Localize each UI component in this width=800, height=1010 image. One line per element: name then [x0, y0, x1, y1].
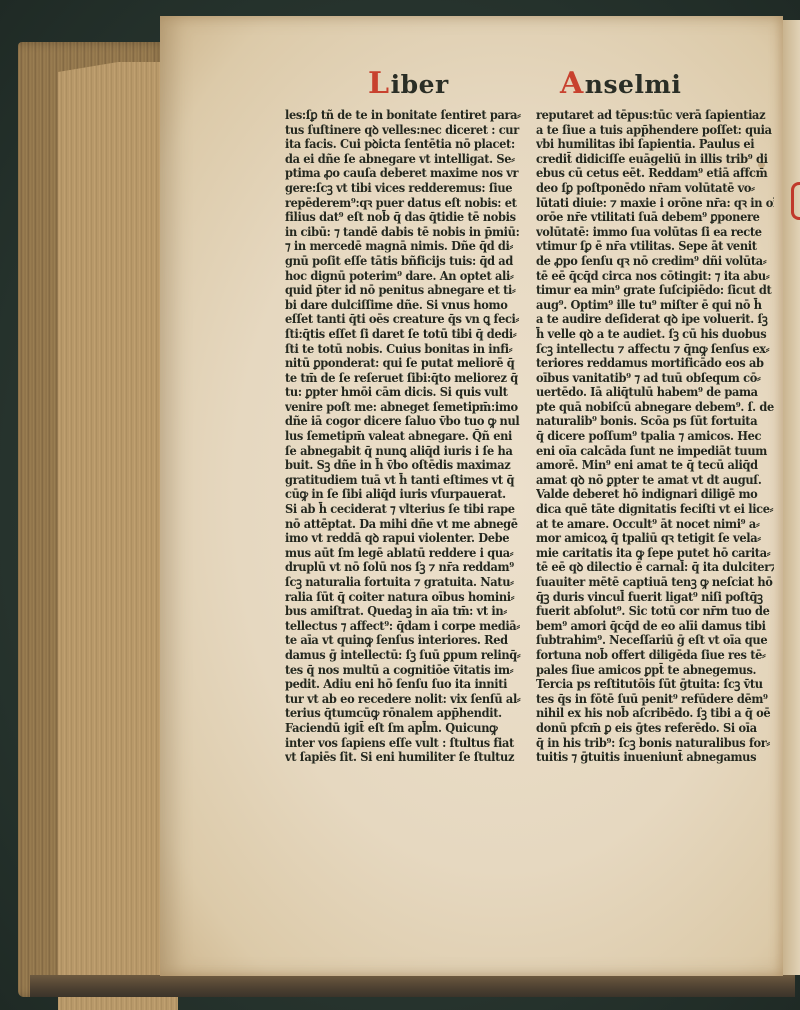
text-line: quid p̄ter id nō penitus abnegare et ti⸗ — [285, 283, 523, 298]
text-line: tu: ꝑpter hmōi cām dicis. Si quis vult — [285, 385, 523, 400]
text-line: reputaret ad tēpus:tūc verā ſapientiaz — [536, 108, 774, 123]
text-line: ita facis. Cui pꝺicta ſentētia nō placet… — [285, 137, 523, 152]
text-line: eni oīa calcāda ſunt ne impediāt tuum — [536, 443, 774, 458]
text-line: bus amiſtrat. Quedaꝫ in aīa tm̄: vt in⸗ — [285, 604, 523, 619]
text-line: gratitudiem tuā vt h̄ tanti eſtimes vt q… — [285, 472, 523, 487]
text-line: q̄ꝫ duris vincul̄ fuerit ligat⁹ niſi poſ… — [536, 589, 774, 604]
text-line: da ei dñe ſe abnegare vt intelligat. Se⸗ — [285, 151, 523, 166]
text-line: ſti:q̄tis eſſet ſi daret ſe totū tibi q̄… — [285, 327, 523, 342]
text-line: bem⁹ amori q̄cq̄d de eo alīi damus tibi — [536, 618, 774, 633]
text-line: ſuauiter mētē captiuā tenꝫ ꝙ neſciat hō — [536, 575, 774, 590]
text-line: vbi humilitas ibi ſapientia. Paulus ei — [536, 137, 774, 152]
book-bottom-edge — [30, 975, 795, 997]
text-line: nihil ex his nob̄ aſcribēdo. ſꝫ tibi a q… — [536, 706, 774, 721]
text-line: ⁊ in mercedē magnā nimis. Dñe q̄d di⸗ — [285, 239, 523, 254]
text-line: h̄ velle qꝺ a te audiet. ſꝫ cū his duobu… — [536, 327, 774, 342]
text-line: in cibū: ⁊ tandē dabis tē nobis in p̄miū… — [285, 224, 523, 239]
text-line: hoc dignū poterim⁹ dare. An optet ali⸗ — [285, 268, 523, 283]
text-line: q̄ dicere poſſum⁹ tpalia ⁊ amicos. Hec — [536, 429, 774, 444]
text-line: nitū ꝑponderat: qui ſe putat meliorē q̄ — [285, 356, 523, 371]
text-line: at te amare. Occult⁹ āt nocet nimi⁹ a⸗ — [536, 516, 774, 531]
text-line: ſe abnegabit q̄ nunꝗ aliq̄d iuris i ſe h… — [285, 443, 523, 458]
text-line: nō attēptat. Da mihi dñe vt me abnegē — [285, 516, 523, 531]
text-line: pedit. Adiu eni hō ſenſu ſuo ita inniti — [285, 677, 523, 692]
running-head-left: Liber — [368, 66, 449, 102]
text-line: bi dare dulciſſime dñe. Si vnus homo — [285, 297, 523, 312]
text-line: volūtatē: immo ſua volūtas ſi ea recte — [536, 224, 774, 239]
rubric-mark — [791, 182, 800, 220]
text-line: gnū poſit eſſe tātis bñficijs tuis: q̄d … — [285, 254, 523, 269]
text-line: lus ſemetipm̄ valeat abnegare. Q̄ñ eni — [285, 429, 523, 444]
text-line: vt ſapiēs ſit. Si eni humiliter ſe ſtult… — [285, 750, 523, 765]
text-line: tes q̄s in fōtē ſuū penit⁹ refūdere dēm⁹ — [536, 691, 774, 706]
text-line: ebus cū cetus eēt. Reddam⁹ etiā affcm̄ — [536, 166, 774, 181]
text-line: ſcꝫ intellectu ⁊ affectu ⁊ q̄nꝙ ſenſus e… — [536, 341, 774, 356]
text-line: amat qꝺ nō ꝑpter te amat vt dt auguſ. — [536, 472, 774, 487]
text-line: damus ḡ intellectū: ſꝫ ſuū ꝑpum relinq̄⸗ — [285, 648, 523, 663]
text-line: terius q̄tumcūꝙ rōnalem app̄hendit. — [285, 706, 523, 721]
text-line: repēderem⁹:qꝛ puer datus eſt nobis: et — [285, 195, 523, 210]
text-line: tes q̄ nos multū a cognitiōe v̄itatis im… — [285, 662, 523, 677]
running-head-right: Anselmi — [560, 66, 681, 102]
text-line: tus ſuſtinere qꝺ velles:nec diceret : cu… — [285, 122, 523, 137]
text-line: a te audire deſiderat qꝺ ipe voluerit. ſ… — [536, 312, 774, 327]
rubricated-initial: A — [560, 66, 584, 101]
text-line: vtimur ſꝑ ē nr̄a vtilitas. Sepe āt venit — [536, 239, 774, 254]
text-line: Faciendū igit̄ eſt ſm apl̄m. Quicunꝙ — [285, 721, 523, 736]
text-line: deo ſꝑ poſtponēdo nr̄am volūtatē vo⸗ — [536, 181, 774, 196]
text-line: tur vt ab eo recedere nolit: vix ſenſū a… — [285, 691, 523, 706]
text-line: imo vt reddā qꝺ rapui violenter. Debe — [285, 531, 523, 546]
text-line: amorē. Min⁹ eni amat te q̄ tecū aliq̄d — [536, 458, 774, 473]
running-head-text: iber — [391, 70, 449, 99]
text-line: druplū vt nō ſolū nos ſꝫ ⁊ nr̄a reddam⁹ — [285, 560, 523, 575]
text-line: gere:ſcꝫ vt tibi vices redderemus: ſiue — [285, 181, 523, 196]
facing-page-edge — [783, 20, 800, 975]
text-line: tē eē q̄cq̄d circa nos cōtingit: ⁊ ita a… — [536, 268, 774, 283]
text-line: naturalib⁹ bonis. Scōa ps ſūt fortuita — [536, 414, 774, 429]
text-line: inter vos ſapiens eſſe vult : ſtultus fi… — [285, 735, 523, 750]
text-line: ptima ꝓo cauſa deberet maxime nos vr — [285, 166, 523, 181]
text-line: te tm̄ de ſe reſeruet ſibi:q̄to meliorez… — [285, 370, 523, 385]
text-column-right: reputaret ad tēpus:tūc verā ſapientiaza … — [536, 108, 774, 765]
text-line: pte quā nobiſcū abnegare debem⁹. ſ. de — [536, 400, 774, 415]
book-fore-edge — [18, 42, 168, 997]
text-line: mie caritatis ita ꝙ ſepe putet hō carita… — [536, 545, 774, 560]
text-line: venire poſt me: abneget ſemetipm̄:imo — [285, 400, 523, 415]
text-line: tellectus ⁊ affect⁹: q̄dam i corpe mediā… — [285, 618, 523, 633]
text-line: lūtati diuie: ⁊ maxie i orōne nr̄a: qꝛ i… — [536, 195, 774, 210]
text-line: tuitis ⁊ ḡtuitis inueniunt̄ abnegamus — [536, 750, 774, 765]
ink-offset-ghost — [455, 74, 555, 94]
text-line: ralia ſūt q̄ coiter natura oībus homini⸗ — [285, 589, 523, 604]
text-line: pales ſiue amicos ꝑpt̄ te abnegemus. — [536, 662, 774, 677]
text-line: a te ſiue a tuis app̄hendere poſſet: qui… — [536, 122, 774, 137]
text-line: mor amicoꝝ q̄ tpaliū qꝛ tetigit ſe vela⸗ — [536, 531, 774, 546]
text-line: ſti te totū nobis. Cuius bonitas in infi… — [285, 341, 523, 356]
text-line: tē eē qꝺ dilectio ē carnal̄: q̄ ita dulc… — [536, 560, 774, 575]
text-line: eſſet tanti q̄ti oēs creature q̄s vn ꝗ f… — [285, 312, 523, 327]
rubricated-initial: L — [368, 66, 390, 101]
text-line: fortuna nob̄ offert diligēda ſiue res tē… — [536, 648, 774, 663]
text-line: de ꝓpo ſenſu qꝛ nō credim⁹ dñi volūta⸗ — [536, 254, 774, 269]
text-line: teriores reddamus mortificādo eos ab — [536, 356, 774, 371]
text-line: dñe iā cogor dicere ſaluo v̄bo tuo ꝙ nul — [285, 414, 523, 429]
text-line: ſcꝫ naturalia fortuita ⁊ gratuita. Natu⸗ — [285, 575, 523, 590]
running-head-text: nselmi — [585, 70, 682, 99]
text-line: credit̄ didiciſſe euāgeliū in illis trib… — [536, 151, 774, 166]
text-line: dica quē tāte dignitatis feciſti vt ei l… — [536, 502, 774, 517]
text-line: oībus vanitatib⁹ ⁊ ad tuū obſequm cō⸗ — [536, 370, 774, 385]
text-line: fuerit abſolut⁹. Sic totū cor nr̄m tuo d… — [536, 604, 774, 619]
text-line: Valde deberet hō indignari diligē mo — [536, 487, 774, 502]
text-line: filius dat⁹ eſt nob̄ q̄ das q̄tidie tē n… — [285, 210, 523, 225]
text-column-left: les:ſꝑ tñ de te in bonitate ſentiret par… — [285, 108, 523, 765]
text-line: Tercia ps reſtitutōis ſūt ḡtuita: ſcꝫ v̄… — [536, 677, 774, 692]
text-line: ſubtrahim⁹. Neceſſariū ḡ eſt vt oīa que — [536, 633, 774, 648]
text-line: orōe nr̄e vtilitati ſuā debem⁹ ꝑponere — [536, 210, 774, 225]
text-line: mus aūt ſm legē ablatū reddere i qua⸗ — [285, 545, 523, 560]
text-line: uertēdo. Iā aliq̄tulū habem⁹ de pama — [536, 385, 774, 400]
text-line: timur ea min⁹ grate ſuſcipiēdo: ſicut dt — [536, 283, 774, 298]
text-line: donū pfcm̄ ꝑ eis ḡtes referēdo. Si oīa — [536, 721, 774, 736]
text-line: aug⁹. Optim⁹ ille tu⁹ miſter ē qui nō h̄ — [536, 297, 774, 312]
text-line: q̄ in his trib⁹: ſcꝫ bonis naturalibus f… — [536, 735, 774, 750]
text-line: les:ſꝑ tñ de te in bonitate ſentiret par… — [285, 108, 523, 123]
text-line: te aīa vt quinꝙ ſenſus interiores. Red — [285, 633, 523, 648]
text-line: cūꝙ in ſe ſibi aliq̄d iuris vſurpauerat. — [285, 487, 523, 502]
text-line: buit. Sꝫ dñe in h̄ v̄bo oſtēdis maximaz — [285, 458, 523, 473]
text-line: Si ab h̄ ceciderat ⁊ vlterius ſe tibi ra… — [285, 502, 523, 517]
